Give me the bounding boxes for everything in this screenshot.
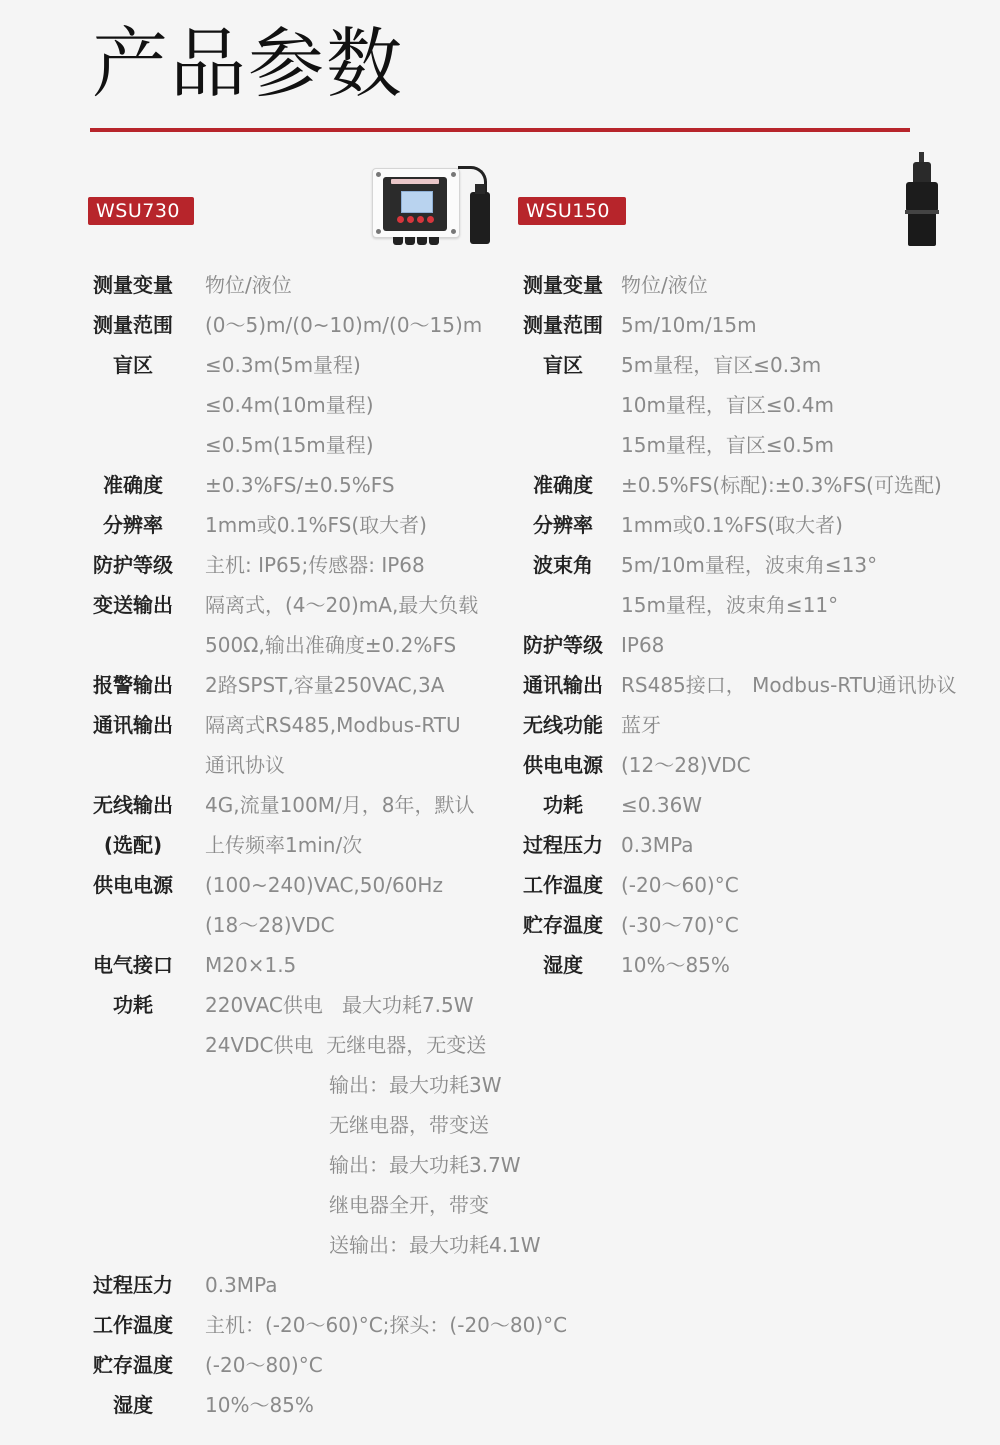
spec-value: 24VDC供电 无继电器，无变送	[205, 1025, 486, 1065]
spec-value: 15m量程，盲区≤0.5m	[621, 425, 834, 465]
spec-label: 湿度	[88, 1385, 178, 1425]
controller-image	[372, 168, 460, 238]
lcd-screen	[401, 191, 433, 213]
spec-value: ≤0.3m(5m量程)	[205, 345, 361, 385]
spec-value: 送输出：最大功耗4.1W	[329, 1225, 541, 1265]
spec-value: 无继电器，带变送	[329, 1105, 489, 1145]
spec-label: 测量范围	[88, 305, 178, 345]
spec-value: 10m量程，盲区≤0.4m	[621, 385, 834, 425]
spec-value: (18～28)VDC	[205, 905, 335, 945]
spec-label: 功耗	[518, 785, 608, 825]
spec-value: 4G,流量100M/月，8年，默认	[205, 785, 474, 825]
spec-value: 0.3MPa	[205, 1265, 277, 1305]
probe-neck	[475, 184, 485, 194]
spec-value: 主机：(-20～60)°C;探头：(-20～80)°C	[205, 1305, 567, 1345]
spec-value: 500Ω,输出准确度±0.2%FS	[205, 625, 456, 665]
spec-value: ±0.5%FS(标配):±0.3%FS(可选配)	[621, 465, 942, 505]
key-button-icon	[427, 216, 434, 223]
spec-value: 蓝牙	[621, 705, 661, 745]
spec-label: (选配)	[88, 825, 178, 865]
spec-value: 隔离式RS485,Modbus-RTU	[205, 705, 461, 745]
spec-label: 工作温度	[88, 1305, 178, 1345]
spec-value: 隔离式，(4～20)mA,最大负载	[205, 585, 478, 625]
spec-value: 10%～85%	[621, 945, 730, 985]
key-button-icon	[407, 216, 414, 223]
spec-value: (-20～80)°C	[205, 1345, 323, 1385]
screw-icon	[451, 229, 456, 234]
spec-value: 主机: IP65;传感器: IP68	[205, 545, 425, 585]
probe-top	[913, 162, 931, 184]
spec-label: 测量范围	[518, 305, 608, 345]
spec-value: M20×1.5	[205, 945, 296, 985]
screw-icon	[376, 172, 381, 177]
spec-label: 波束角	[518, 545, 608, 585]
spec-label: 电气接口	[88, 945, 178, 985]
spec-value: 1mm或0.1%FS(取大者)	[621, 505, 843, 545]
spec-label: 测量变量	[518, 265, 608, 305]
spec-value: 物位/液位	[621, 265, 708, 305]
spec-value: 0.3MPa	[621, 825, 693, 865]
spec-value: ≤0.4m(10m量程)	[205, 385, 374, 425]
spec-value: 2路SPST,容量250VAC,3A	[205, 665, 444, 705]
key-button-icon	[397, 216, 404, 223]
brand-strip	[391, 179, 439, 184]
spec-value: ±0.3%FS/±0.5%FS	[205, 465, 395, 505]
spec-value: (-30～70)°C	[621, 905, 739, 945]
spec-value: 上传频率1min/次	[205, 825, 362, 865]
spec-value: 5m/10m量程，波束角≤13°	[621, 545, 877, 585]
spec-value: 通讯协议	[205, 745, 285, 785]
spec-value: ≤0.36W	[621, 785, 702, 825]
spec-value: 5m/10m/15m	[621, 305, 757, 345]
spec-label: 通讯输出	[518, 665, 608, 705]
spec-value: 10%～85%	[205, 1385, 314, 1425]
page-title: 产品参数	[92, 14, 404, 114]
spec-label: 湿度	[518, 945, 608, 985]
cable-gland-icon	[417, 237, 427, 245]
spec-label: 盲区	[88, 345, 178, 385]
spec-label: 通讯输出	[88, 705, 178, 745]
spec-value: (-20～60)°C	[621, 865, 739, 905]
spec-label: 分辨率	[518, 505, 608, 545]
spec-label: 工作温度	[518, 865, 608, 905]
spec-label: 功耗	[88, 985, 178, 1025]
probe-body	[906, 182, 938, 212]
spec-value: 物位/液位	[205, 265, 292, 305]
spec-value: (100~240)VAC,50/60Hz	[205, 865, 443, 905]
spec-label: 贮存温度	[88, 1345, 178, 1385]
spec-label: 测量变量	[88, 265, 178, 305]
cable-gland-icon	[405, 237, 415, 245]
spec-value: (0～5)m/(0~10)m/(0～15)m	[205, 305, 482, 345]
spec-label: 供电电源	[518, 745, 608, 785]
probe-bottom	[908, 214, 936, 246]
spec-value: 继电器全开，带变	[329, 1185, 489, 1225]
spec-label: 无线输出	[88, 785, 178, 825]
spec-label: 供电电源	[88, 865, 178, 905]
spec-label: 报警输出	[88, 665, 178, 705]
spec-label: 防护等级	[518, 625, 608, 665]
spec-label: 准确度	[518, 465, 608, 505]
spec-value: 220VAC供电 最大功耗7.5W	[205, 985, 474, 1025]
key-button-icon	[417, 216, 424, 223]
spec-label: 变送输出	[88, 585, 178, 625]
title-divider	[90, 128, 910, 132]
spec-value: 15m量程，波束角≤11°	[621, 585, 838, 625]
spec-value: 5m量程，盲区≤0.3m	[621, 345, 821, 385]
cable-gland-icon	[393, 237, 403, 245]
spec-label: 盲区	[518, 345, 608, 385]
model-badge-wsu150: WSU150	[518, 197, 626, 225]
spec-label: 防护等级	[88, 545, 178, 585]
spec-label: 过程压力	[518, 825, 608, 865]
spec-value: 输出：最大功耗3W	[329, 1065, 502, 1105]
spec-value: 输出：最大功耗3.7W	[329, 1145, 521, 1185]
spec-label: 贮存温度	[518, 905, 608, 945]
spec-label: 过程压力	[88, 1265, 178, 1305]
model-badge-wsu730: WSU730	[88, 197, 194, 225]
spec-value: 1mm或0.1%FS(取大者)	[205, 505, 427, 545]
spec-value: ≤0.5m(15m量程)	[205, 425, 374, 465]
spec-value: (12～28)VDC	[621, 745, 751, 785]
spec-label: 无线功能	[518, 705, 608, 745]
spec-value: IP68	[621, 625, 664, 665]
screw-icon	[451, 172, 456, 177]
cable-gland-icon	[429, 237, 439, 245]
spec-label: 准确度	[88, 465, 178, 505]
spec-label: 分辨率	[88, 505, 178, 545]
screw-icon	[376, 229, 381, 234]
ultrasonic-probe-image	[470, 192, 490, 244]
spec-value: RS485接口， Modbus-RTU通讯协议	[621, 665, 957, 705]
integrated-probe-image	[905, 152, 939, 246]
